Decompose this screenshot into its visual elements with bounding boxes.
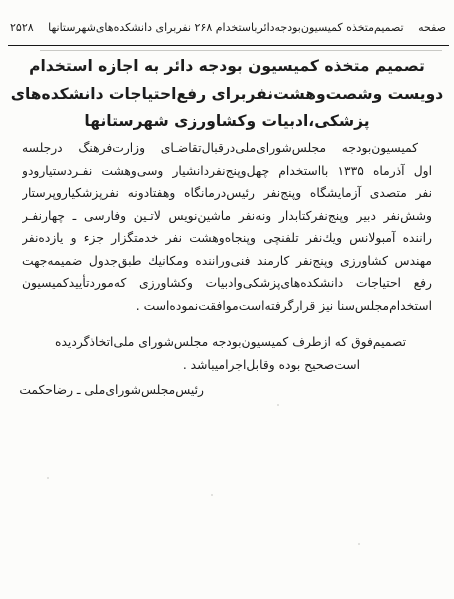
body-line: كميسيون‌بودجه مجلس‌شوراى‌ملى‌درقبال‌تقاض…	[22, 137, 432, 160]
document-body: كميسيون‌بودجه مجلس‌شوراى‌ملى‌درقبال‌تقاض…	[22, 137, 432, 402]
header-divider-ghost-line	[40, 50, 442, 51]
body-line: اول آذرماه ۱۳۳۵ بااستخدام چهل‌وپنج‌نفردا…	[22, 160, 432, 183]
page-header: صفحه تصميم‌متخذه كميسيون‌بودجه‌دائرباستخ…	[10, 20, 446, 36]
body-paragraph-2: تصميم‌فوق كه ازطرف كميسيون‌بودجه مجلس‌شو…	[22, 331, 432, 376]
body-line: است‌صحيح بوده وقابل‌اجراميباشد .	[22, 354, 360, 377]
scan-noise-speck	[277, 404, 279, 406]
body-line: مهندس كشاورزى وپنج‌نفر كارمند فنى‌ورانند…	[22, 250, 432, 273]
header-section-label: صفحه	[418, 20, 446, 36]
scan-noise-speck	[47, 477, 49, 479]
header-running-title: تصميم‌متخذه كميسيون‌بودجه‌دائرباستخدام ۲…	[34, 20, 418, 36]
header-page-number: ۲۵۲۸	[10, 20, 34, 36]
body-line: استخدام‌مجلس‌سنا نيز قرارگرفته‌است‌موافق…	[22, 295, 432, 318]
decision-title-line-1: تصميم متخذه كميسيون بودجه دائر به اجازه …	[0, 53, 454, 81]
body-paragraph-1: كميسيون‌بودجه مجلس‌شوراى‌ملى‌درقبال‌تقاض…	[22, 137, 432, 317]
body-line: وشش‌نفر دبير وپنج‌نفركتابدار ونه‌نفر ماش…	[22, 205, 432, 228]
signature-line: رئيس‌مجلس‌شوراى‌ملى ـ رضاحكمت	[22, 379, 204, 402]
scanned-document-page: صفحه تصميم‌متخذه كميسيون‌بودجه‌دائرباستخ…	[0, 0, 454, 599]
body-line: راننده آمبولانس ويك‌نفر تلفنچى وپنجاه‌وه…	[22, 227, 432, 250]
body-line: تصميم‌فوق كه ازطرف كميسيون‌بودجه مجلس‌شو…	[22, 331, 406, 354]
body-line: نفر متصدى آزمايشگاه وپنج‌نفر رئيس‌درمانگ…	[22, 182, 432, 205]
scan-noise-speck	[211, 494, 213, 496]
decision-title-line-3: پزشكى،ادبيات وكشاورزى شهرستانها	[0, 108, 454, 136]
decision-title-line-2: دويست وشصت‌وهشت‌نفربراى رفع‌احتياجات دان…	[0, 81, 454, 109]
scan-noise-speck	[358, 543, 360, 545]
decision-title: تصميم متخذه كميسيون بودجه دائر به اجازه …	[0, 53, 454, 136]
body-line: رفع احتياجات دانشكده‌هاى‌پزشكى‌وادبيات و…	[22, 272, 432, 295]
header-divider-rule	[8, 45, 449, 46]
